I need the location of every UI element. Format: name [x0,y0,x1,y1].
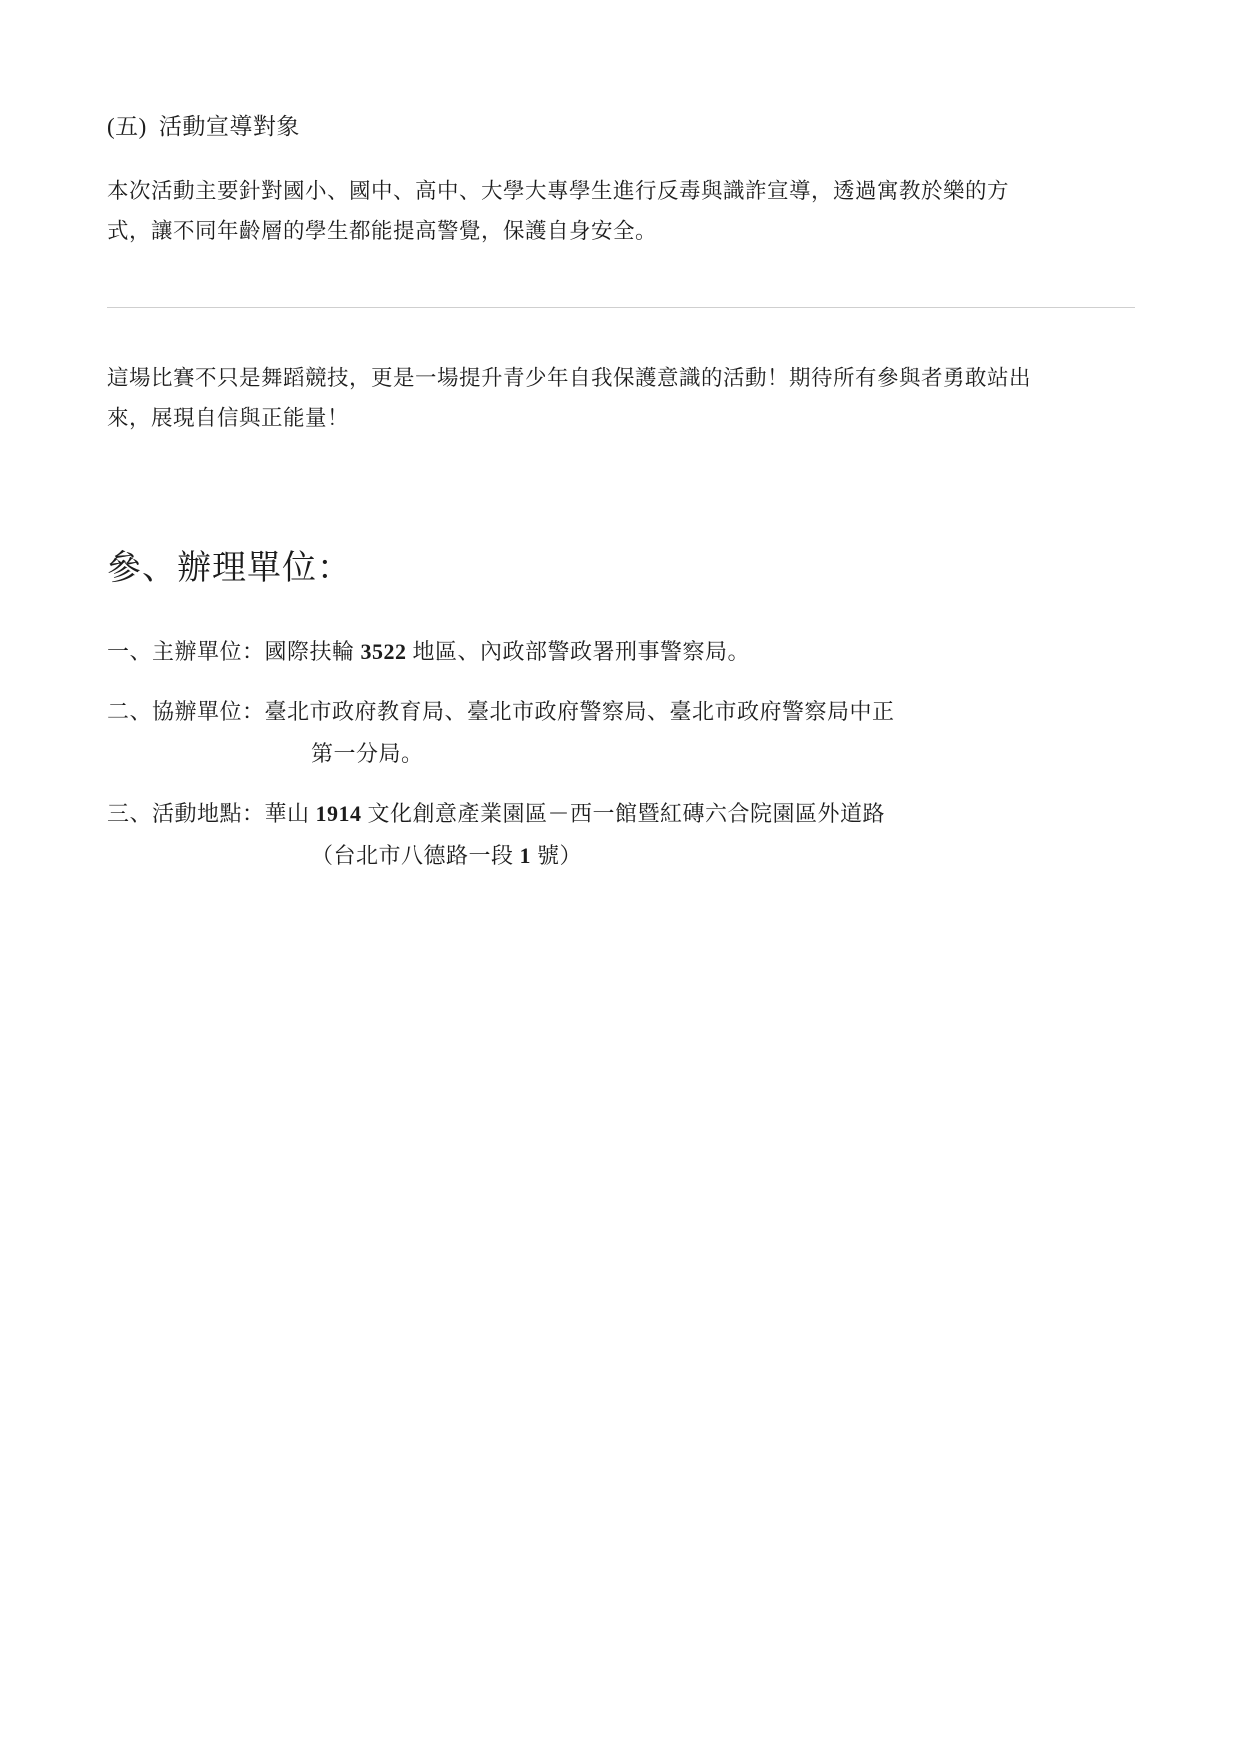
item-text: 第一分局。 [311,741,424,766]
subsection-heading: (五)活動宣導對象 [107,108,1137,141]
item-text: 號） [531,843,582,868]
address-number: 1 [520,843,532,868]
list-item-co-organizer: 二、協辦單位：臺北市政府教育局、臺北市政府警察局、臺北市政府警察局中正 第一分局… [107,691,1137,775]
list-item-venue: 三、活動地點：華山 1914 文化創意產業園區－西一館暨紅磚六合院園區外道路 （… [107,793,1137,877]
item-text: 國際扶輪 [265,639,361,664]
item-label: 三、活動地點： [107,801,265,826]
item-label: 二、協辦單位： [107,699,265,724]
organizer-list: 一、主辦單位：國際扶輪 3522 地區、內政部警政署刑事警察局。 二、協辦單位：… [107,631,1137,877]
list-item-continuation: 第一分局。 [311,733,1137,775]
item-text: 文化創意產業園區－西一館暨紅磚六合院園區外道路 [362,801,886,826]
venue-year-number: 1914 [316,801,362,826]
item-text: 地區、內政部警政署刑事警察局。 [407,639,751,664]
list-item-continuation: （台北市八德路一段 1 號） [311,835,1137,877]
closing-paragraph: 這場比賽不只是舞蹈競技，更是一場提升青少年自我保護意識的活動！期待所有參與者勇敢… [107,358,1037,438]
subsection-paragraph: 本次活動主要針對國小、國中、高中、大學大專學生進行反毒與識詐宣導，透過寓教於樂的… [107,171,1037,251]
item-text: 臺北市政府教育局、臺北市政府警察局、臺北市政府警察局中正 [265,699,895,724]
list-item-line: 三、活動地點：華山 1914 文化創意產業園區－西一館暨紅磚六合院園區外道路 [107,793,1137,835]
list-item-line: 一、主辦單位：國際扶輪 3522 地區、內政部警政署刑事警察局。 [107,631,1137,673]
list-item-host-unit: 一、主辦單位：國際扶輪 3522 地區、內政部警政署刑事警察局。 [107,631,1137,673]
item-text: 華山 [265,801,316,826]
subsection-number: (五) [107,114,147,139]
list-item-line: 二、協辦單位：臺北市政府教育局、臺北市政府警察局、臺北市政府警察局中正 [107,691,1137,733]
item-text: （台北市八德路一段 [311,843,520,868]
district-number: 3522 [361,639,407,664]
section-heading: 參、辦理單位： [107,540,1137,589]
section-divider [107,307,1135,308]
closing-block: 這場比賽不只是舞蹈競技，更是一場提升青少年自我保護意識的活動！期待所有參與者勇敢… [107,358,1137,438]
document-page: (五)活動宣導對象 本次活動主要針對國小、國中、高中、大學大專學生進行反毒與識詐… [0,0,1241,1755]
item-label: 一、主辦單位： [107,639,265,664]
subsection-title: 活動宣導對象 [159,114,300,139]
